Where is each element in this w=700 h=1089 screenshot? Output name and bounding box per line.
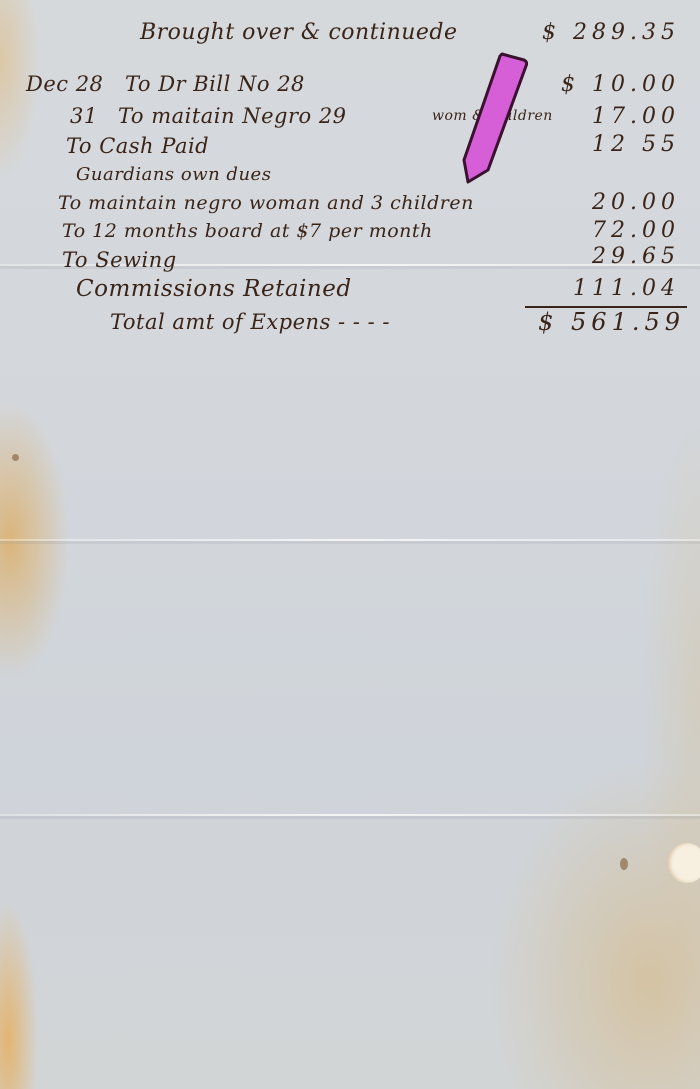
total-amount: $ 561.59: [520, 308, 685, 336]
entry-date-1: 31: [70, 104, 98, 128]
fold-line-lower: [0, 816, 700, 819]
header-label: Brought over & continuede: [140, 20, 458, 45]
entry-desc-4: To maintain negro woman and 3 children: [58, 192, 474, 214]
entry-desc-6: To Sewing: [62, 248, 177, 272]
entry-amount-6: 29.65: [530, 244, 680, 269]
total-label: Total amt of Expens - - - -: [110, 310, 390, 334]
entry-desc-5: To 12 months board at $7 per month: [62, 220, 433, 242]
ledger-page: Brought over & continuede $ 289.35 Dec 2…: [0, 0, 700, 1089]
entry-desc-2: To Cash Paid: [66, 134, 209, 158]
ink-spot: [620, 858, 628, 870]
entry-amount-1: 17.00: [530, 104, 680, 129]
entry-amount-4: 20.00: [530, 190, 680, 215]
stain-spot: [12, 454, 19, 461]
pointer-marker-icon: [462, 52, 528, 184]
entry-desc-1: To maitain Negro 29: [118, 104, 347, 128]
entry-amount-2: 12 55: [530, 132, 680, 157]
fold-line-lower-highlight: [0, 814, 700, 816]
entry-amount-5: 72.00: [530, 218, 680, 243]
entry-amount-0: $ 10.00: [530, 72, 680, 97]
header-amount: $ 289.35: [530, 20, 680, 45]
entry-desc-3: Guardians own dues: [76, 164, 271, 185]
entry-desc-7: Commissions Retained: [76, 276, 352, 302]
punch-hole: [668, 843, 700, 883]
fold-line-middle: [0, 541, 700, 544]
entry-amount-7: 111.04: [530, 276, 680, 301]
entry-desc-0: To Dr Bill No 28: [125, 72, 305, 96]
entry-date-0: Dec 28: [26, 72, 103, 96]
fold-line-middle-highlight: [0, 539, 700, 541]
